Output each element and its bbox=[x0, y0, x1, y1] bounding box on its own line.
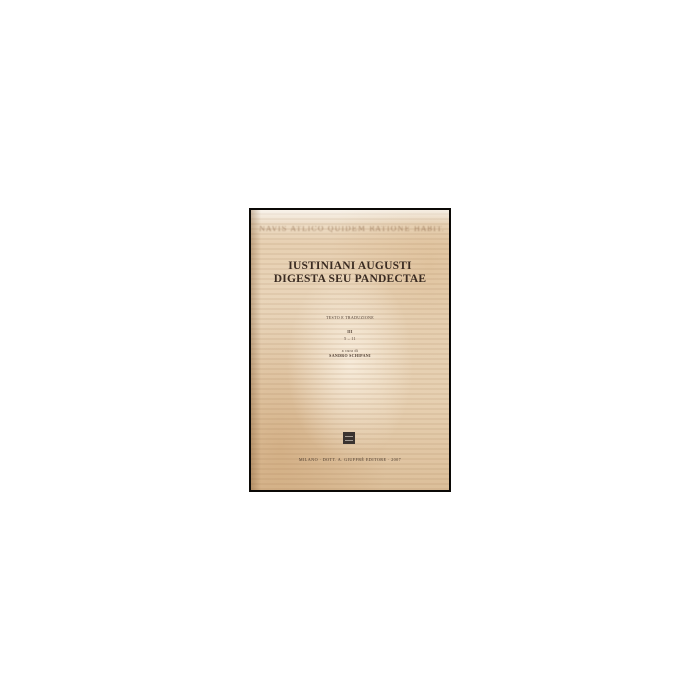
manuscript-heading: NAVIS ATLICO QUIDEM RATIONE HABITA · DEC… bbox=[259, 226, 443, 233]
book-range: 5 – 11 bbox=[251, 336, 449, 341]
title-line-2: DIGESTA SEU PANDECTAE bbox=[251, 273, 449, 286]
canvas: NAVIS ATLICO QUIDEM RATIONE HABITA · DEC… bbox=[0, 0, 700, 700]
publisher-line: MILANO · DOTT. A. GIUFFRÈ EDITORE · 2007 bbox=[251, 457, 449, 462]
editor-name: SANDRO SCHIPANI bbox=[251, 353, 449, 358]
publisher-logo-icon bbox=[343, 432, 355, 444]
title-line-1: IUSTINIANI AUGUSTI bbox=[251, 260, 449, 273]
volume-number: III bbox=[251, 329, 449, 334]
book-title: IUSTINIANI AUGUSTI DIGESTA SEU PANDECTAE bbox=[251, 260, 449, 286]
book-cover: NAVIS ATLICO QUIDEM RATIONE HABITA · DEC… bbox=[249, 208, 451, 492]
subtitle: TESTO E TRADUZIONE bbox=[251, 315, 449, 320]
